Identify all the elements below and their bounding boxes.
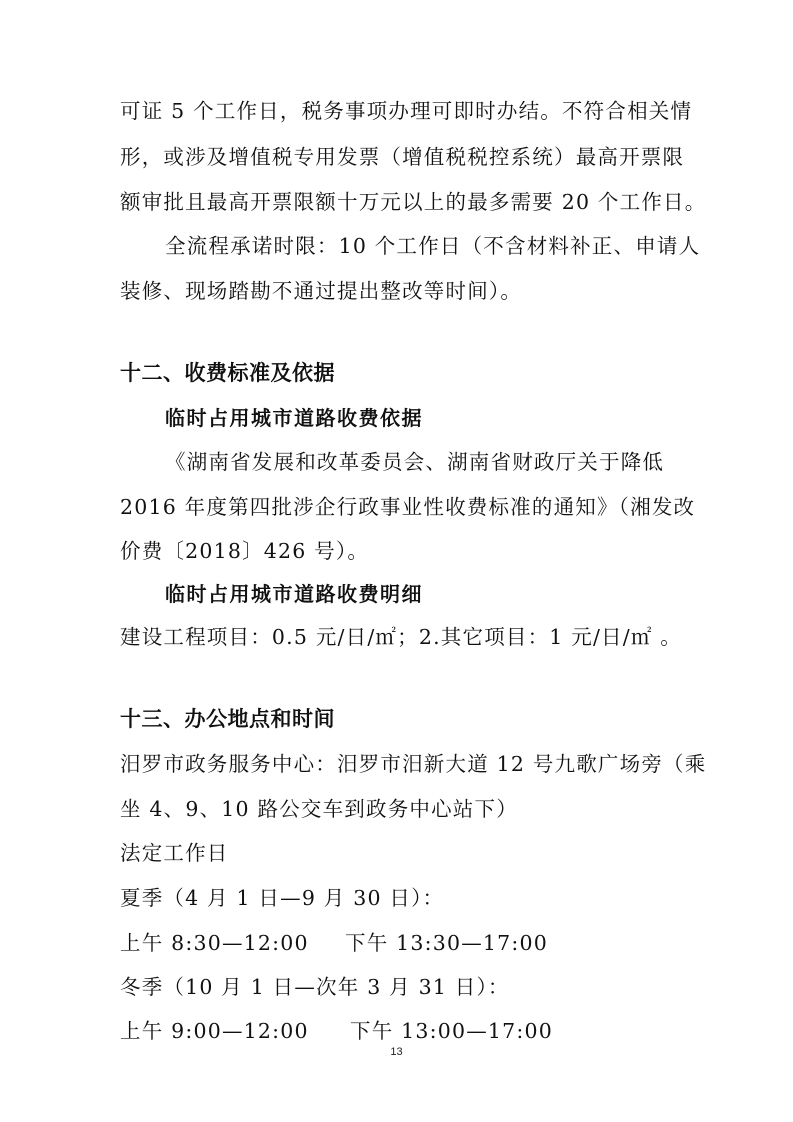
summer-label: 夏季（4 月 1 日—9 月 30 日）： (120, 888, 444, 909)
summer-hours: 上午 8:30—12:00 (120, 933, 309, 954)
body-text-line: 装修、现场踏勘不通过提出整改等时间）。 (120, 281, 522, 302)
body-text-line: 额审批且最高开票限额十万元以上的最多需要 20 个工作日。 (120, 192, 706, 213)
body-text-line: 可证 5 个工作日，税务事项办理可即时办结。不符合相关情 (120, 101, 692, 122)
subheading-fee-detail: 临时占用城市道路收费明细 (165, 584, 423, 604)
winter-morning: 上午 9:00—12:00 (120, 1021, 309, 1042)
summer-afternoon: 下午 13:30—17:00 (345, 933, 548, 954)
section-heading-fees: 十二、收费标准及依据 (120, 363, 335, 384)
workdays-label: 法定工作日 (120, 843, 229, 864)
address-line: 坐 4、9、10 路公交车到政务中心站下） (120, 799, 518, 820)
address-line: 汨罗市政务服务中心：汨罗市汨新大道 12 号九歌广场旁（乘 (120, 754, 706, 775)
section-heading-office: 十三、办公地点和时间 (120, 709, 335, 730)
fee-detail-text: 建设工程项目：0.5 元/日/㎡；2.其它项目：1 元/日/㎡ 。 (120, 627, 682, 648)
winter-label: 冬季（10 月 1 日—次年 3 月 31 日）： (120, 977, 510, 998)
winter-afternoon: 下午 13:00—17:00 (350, 1021, 553, 1042)
body-text-line: 2016 年度第四批涉企行政事业性收费标准的通知》（湘发改 (120, 497, 695, 518)
page-number: 13 (0, 1046, 793, 1058)
subheading-fee-basis: 临时占用城市道路收费依据 (165, 408, 423, 428)
body-text-line: 形，或涉及增值税专用发票（增值税税控系统）最高开票限 (120, 147, 684, 168)
body-text-line: 《湖南省发展和改革委员会、湖南省财政厅关于降低 (165, 452, 664, 473)
body-text-line: 价费〔2018〕426 号）。 (120, 541, 369, 562)
body-text-line: 全流程承诺时限：10 个工作日（不含材料补正、申请人 (165, 236, 700, 257)
summer-morning: 上午 8:30—12:00 (120, 931, 309, 955)
